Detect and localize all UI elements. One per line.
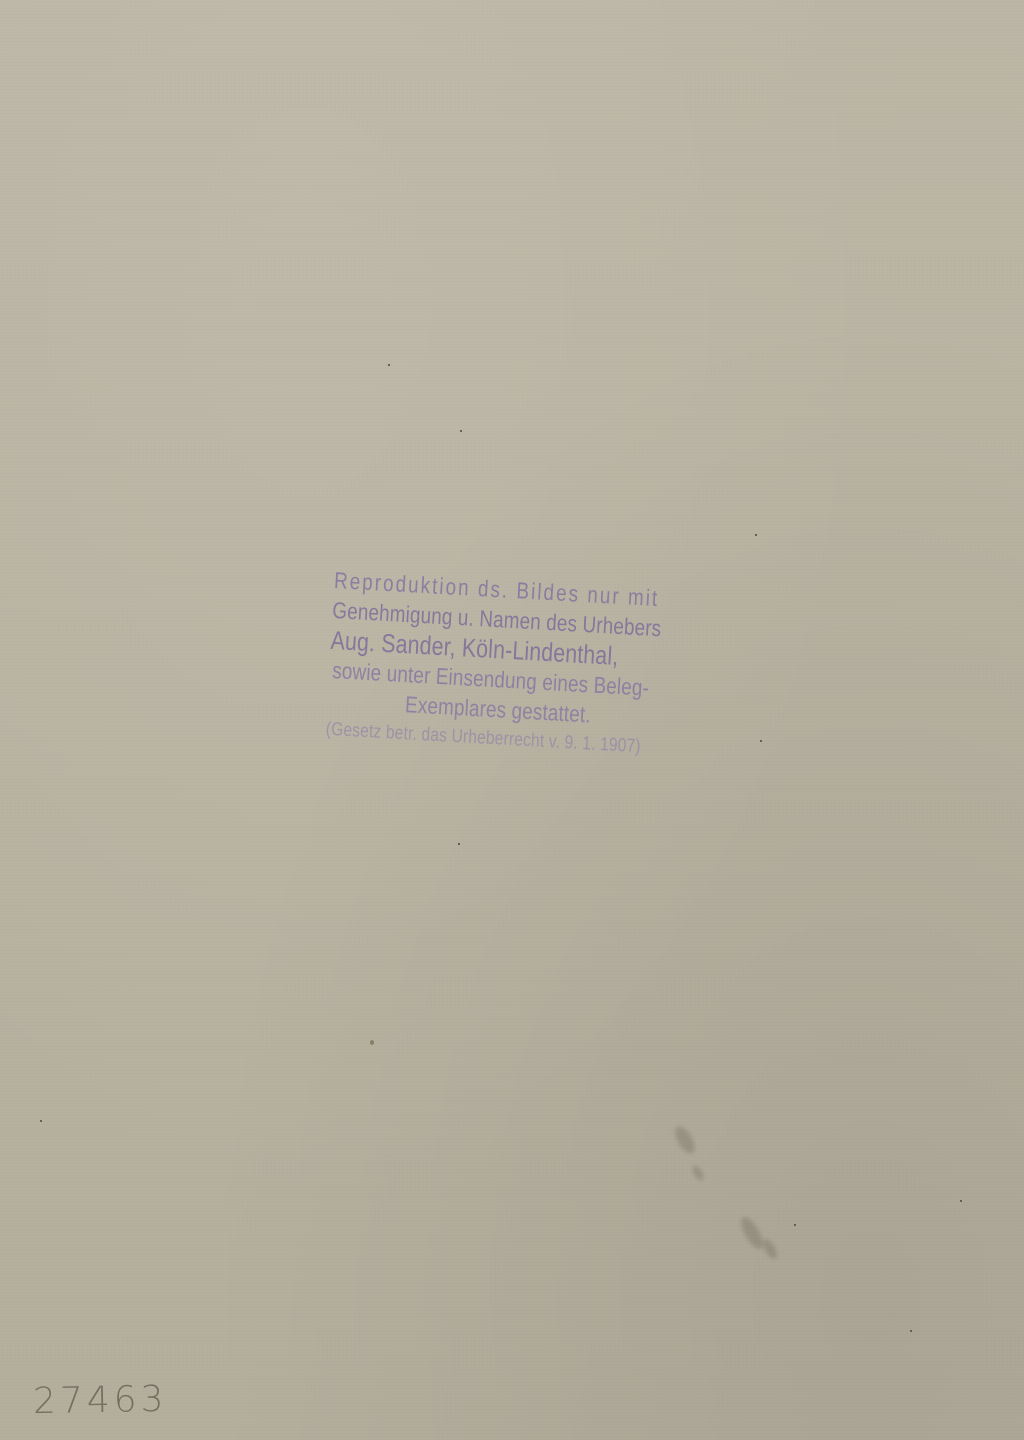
speck <box>910 1330 912 1332</box>
smudge-mark <box>760 1237 780 1261</box>
speck <box>388 364 390 366</box>
speck <box>760 740 762 742</box>
photo-verso-sheet: Reproduktion ds. Bildes nur mit Genehmig… <box>0 0 1024 1440</box>
speck <box>458 843 460 845</box>
speck <box>370 1040 374 1045</box>
speck <box>960 1200 962 1202</box>
handwritten-inventory-number: 27463 <box>33 1379 168 1422</box>
copyright-stamp: Reproduktion ds. Bildes nur mit Genehmig… <box>325 565 754 768</box>
speck <box>40 1120 42 1122</box>
speck <box>755 534 757 536</box>
smudge-mark <box>671 1124 698 1157</box>
speck <box>460 430 462 432</box>
speck <box>794 1224 796 1226</box>
smudge-mark <box>691 1164 706 1182</box>
